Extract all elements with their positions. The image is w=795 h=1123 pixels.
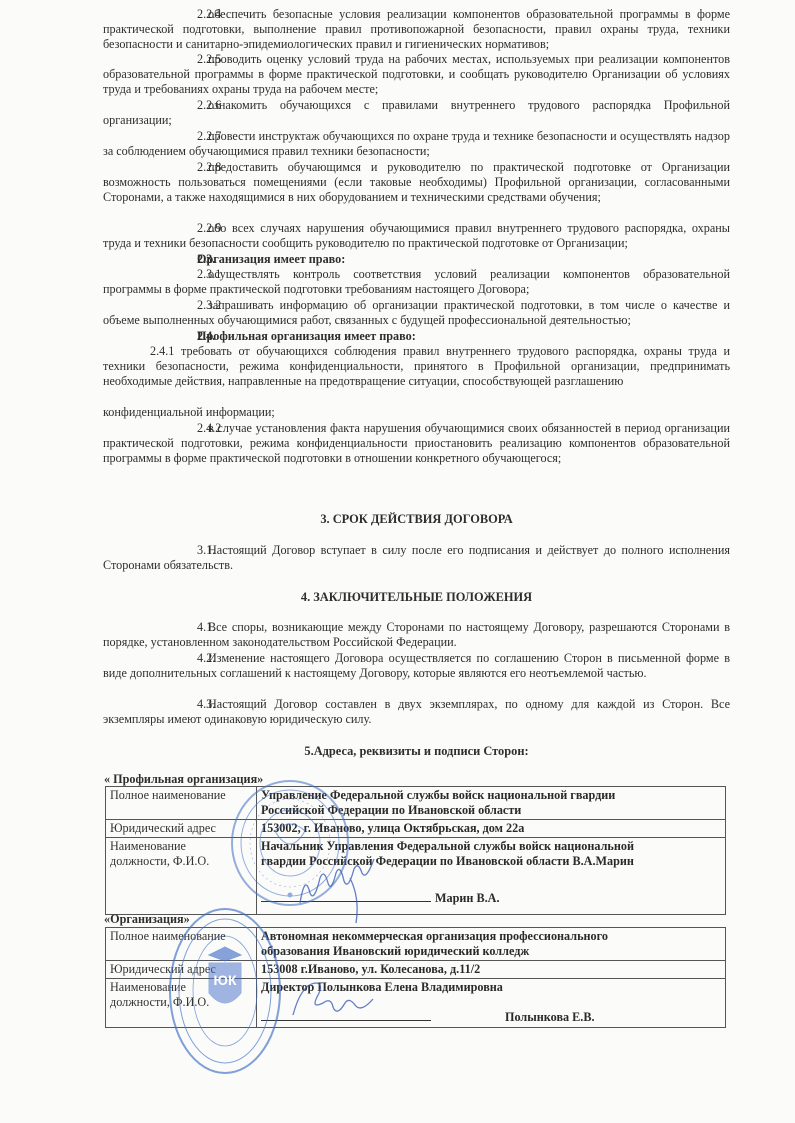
clause-2-2-7: 2.2.7провести инструктаж обучающихся по …: [103, 129, 730, 159]
clause-2-3-2: 2.3.2запрашивать информацию об организац…: [103, 298, 730, 328]
organization-label: «Организация»: [104, 912, 190, 927]
table-key: Наименование должности, Ф.И.О.: [106, 838, 257, 915]
table-key: Юридический адрес: [106, 820, 257, 838]
signature-block: Полынкова Е.В.: [261, 1008, 721, 1025]
signature-line: [261, 889, 431, 902]
clause-number: 2.3.: [150, 252, 197, 267]
table-key: Наименование должности, Ф.И.О.: [106, 979, 257, 1028]
clause-number: 2.4.2: [150, 421, 208, 436]
signatory-name: Полынкова Е.В.: [505, 1010, 595, 1024]
table-key: Юридический адрес: [106, 961, 257, 979]
clause-4-1: 4.1.Все споры, возникающие между Сторона…: [103, 620, 730, 650]
clause-number: 3.1.: [150, 543, 208, 558]
clause-2-2-9: 2.2.9обо всех случаях нарушения обучающи…: [103, 221, 730, 251]
value-line: Начальник Управления Федеральной службы …: [261, 839, 721, 854]
value-line: образования Ивановский юридический колле…: [261, 944, 721, 959]
key-line: должности, Ф.И.О.: [110, 854, 252, 869]
table-row: Юридический адрес 153008 г.Иваново, ул. …: [106, 961, 726, 979]
table-row: Полное наименование Управление Федеральн…: [106, 787, 726, 820]
clause-number: 2.3.2: [150, 298, 208, 313]
table-key: Полное наименование: [106, 787, 257, 820]
clause-number: 2.2.5: [150, 52, 208, 67]
clause-2-2-8: 2.2.8предоставить обучающимся и руководи…: [103, 160, 730, 205]
table-value: 153002, г. Иваново, улица Октябрьская, д…: [257, 820, 726, 838]
clause-number: 4.2.: [150, 651, 208, 666]
clause-heading: Профильная организация имеет право:: [197, 329, 416, 343]
table-row: Наименование должности, Ф.И.О. Начальник…: [106, 838, 726, 915]
signature-block: Марин В.А.: [261, 889, 721, 906]
clause-4-3: 4.3.Настоящий Договор составлен в двух э…: [103, 697, 730, 727]
profile-org-label: « Профильная организация»: [104, 772, 263, 787]
organization-table: Полное наименование Автономная некоммерч…: [105, 927, 726, 1028]
table-value: Директор Полынкова Елена Владимировна По…: [257, 979, 726, 1028]
value-line: Российской Федерации по Ивановской облас…: [261, 803, 721, 818]
clause-2-4-1-tail: конфиденциальной информации;: [103, 405, 730, 420]
section-5-title: 5.Адреса, реквизиты и подписи Сторон:: [103, 744, 730, 759]
clause-2-4-2: 2.4.2в случае установления факта нарушен…: [103, 421, 730, 466]
clause-text: конфиденциальной информации;: [103, 405, 275, 419]
section-3-title: 3. СРОК ДЕЙСТВИЯ ДОГОВОРА: [103, 512, 730, 527]
table-key: Полное наименование: [106, 928, 257, 961]
clause-number: 2.2.8: [150, 160, 208, 175]
key-line: Наименование: [110, 980, 252, 995]
table-value: Начальник Управления Федеральной службы …: [257, 838, 726, 915]
value-line: гвардии Российской Федерации по Ивановск…: [261, 854, 721, 869]
table-value: Автономная некоммерческая организация пр…: [257, 928, 726, 961]
clause-number: 2.2.7: [150, 129, 208, 144]
clause-number: 4.3.: [150, 697, 208, 712]
value-line: Директор Полынкова Елена Владимировна: [261, 980, 721, 995]
clause-2-2-5: 2.2.5проводить оценку условий труда на р…: [103, 52, 730, 97]
clause-number: 2.4.: [150, 329, 197, 344]
clause-2-2-4: 2.2.4обеспечить безопасные условия реали…: [103, 7, 730, 52]
clause-4-2: 4.2.Изменение настоящего Договора осущес…: [103, 651, 730, 681]
table-value: Управление Федеральной службы войск наци…: [257, 787, 726, 820]
key-line: Наименование: [110, 839, 252, 854]
heading-2-4: 2.4.Профильная организация имеет право:: [103, 329, 730, 344]
clause-number: 4.1.: [150, 620, 208, 635]
signature-line: [261, 1008, 431, 1021]
clause-number: 2.4.1: [150, 344, 174, 358]
heading-2-3: 2.3.Организация имеет право:: [103, 252, 730, 267]
clause-2-4-1: 2.4.1 требовать от обучающихся соблюдени…: [103, 344, 730, 389]
clause-number: 2.3.1: [150, 267, 208, 282]
clause-number: 2.2.4: [150, 7, 208, 22]
clause-2-3-1: 2.3.1осуществлять контроль соответствия …: [103, 267, 730, 297]
profile-org-table: Полное наименование Управление Федеральн…: [105, 786, 726, 915]
signatory-name: Марин В.А.: [435, 891, 500, 905]
table-row: Наименование должности, Ф.И.О. Директор …: [106, 979, 726, 1028]
clause-number: 2.2.6: [150, 98, 208, 113]
clause-heading: Организация имеет право:: [197, 252, 345, 266]
clause-3-1: 3.1.Настоящий Договор вступает в силу по…: [103, 543, 730, 573]
value-line: Автономная некоммерческая организация пр…: [261, 929, 721, 944]
clause-number: 2.2.9: [150, 221, 208, 236]
table-value: 153008 г.Иваново, ул. Колесанова, д.11/2: [257, 961, 726, 979]
clause-text: требовать от обучающихся соблюдения прав…: [103, 344, 730, 388]
value-line: Управление Федеральной службы войск наци…: [261, 788, 721, 803]
clause-2-2-6: 2.2.6ознакомить обучающихся с правилами …: [103, 98, 730, 128]
table-row: Полное наименование Автономная некоммерч…: [106, 928, 726, 961]
section-4-title: 4. ЗАКЛЮЧИТЕЛЬНЫЕ ПОЛОЖЕНИЯ: [103, 590, 730, 605]
table-row: Юридический адрес 153002, г. Иваново, ул…: [106, 820, 726, 838]
key-line: должности, Ф.И.О.: [110, 995, 252, 1010]
